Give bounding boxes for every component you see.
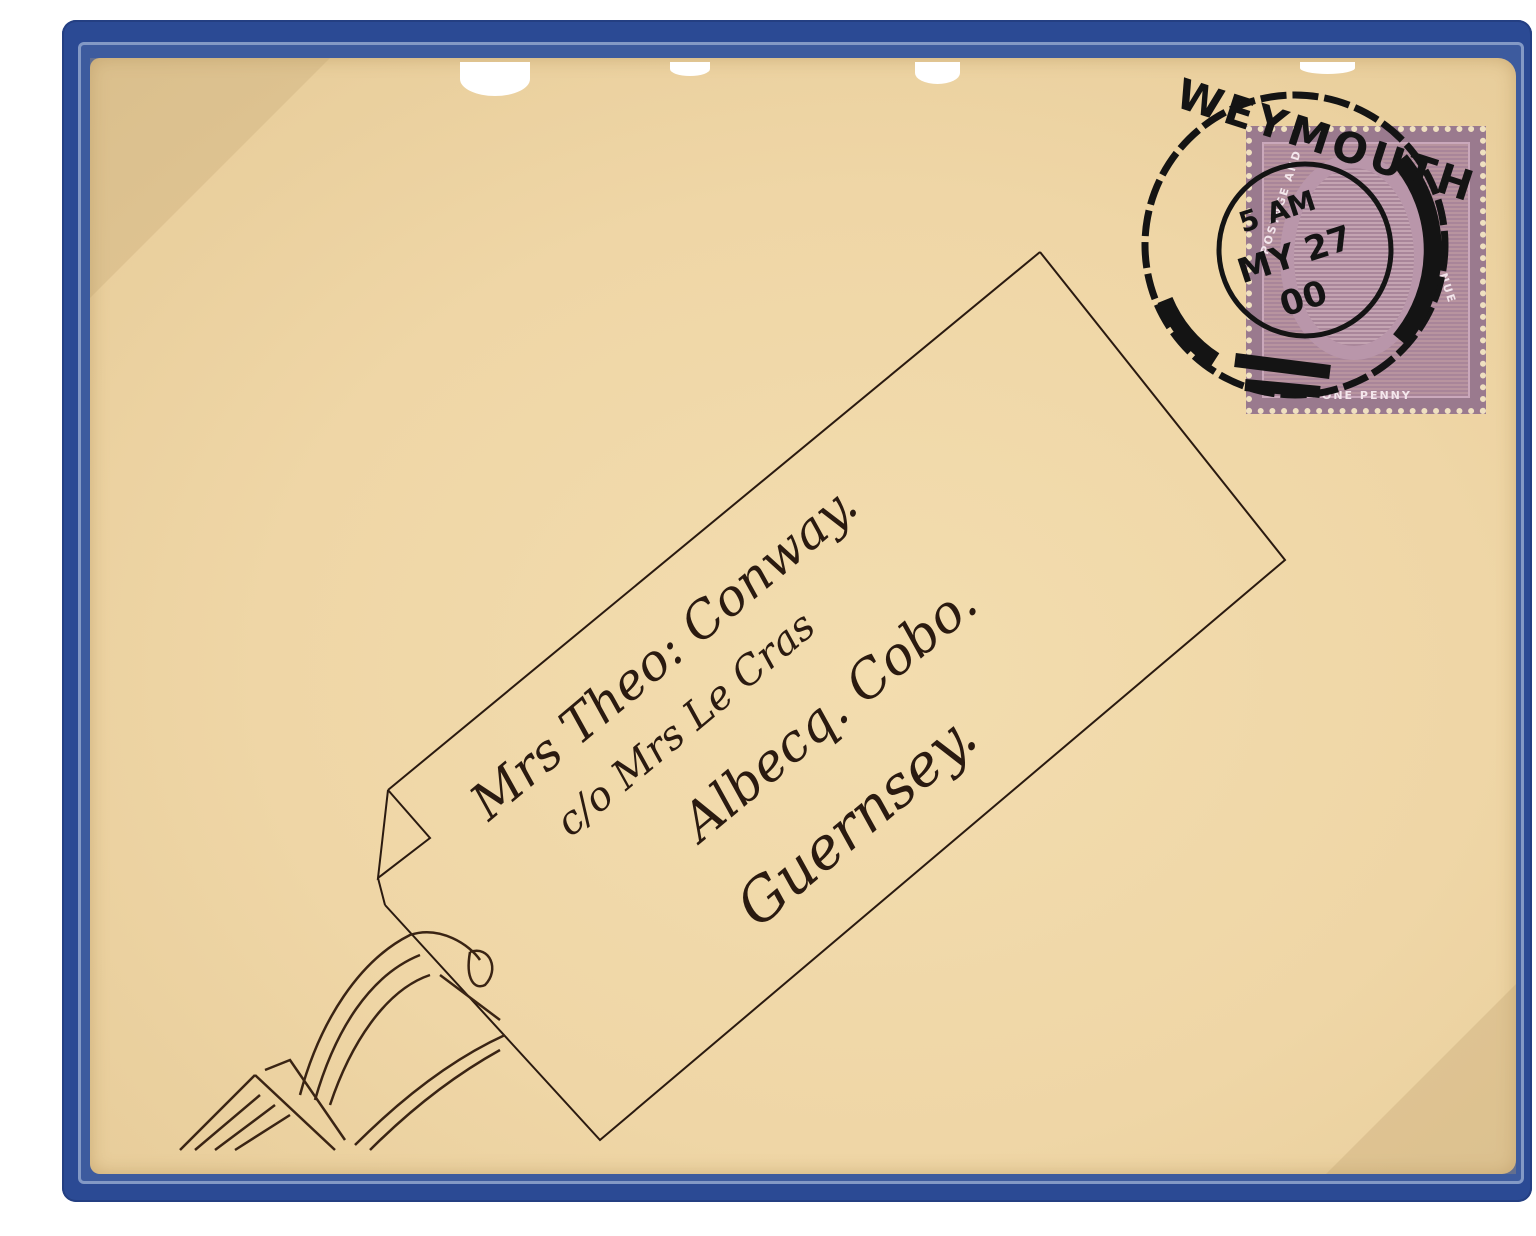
hand-drawing-icon <box>180 932 505 1150</box>
